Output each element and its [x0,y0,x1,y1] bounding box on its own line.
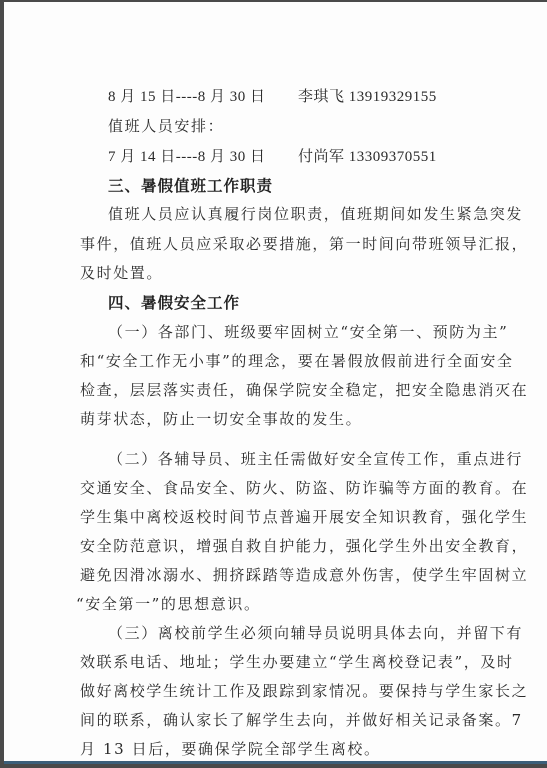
page-bottom-border [4,761,547,764]
para-3-line: 效联系电话、地址；学生办要建立“学生离校登记表”，及时 [80,651,514,672]
section-3-title: 三、暑假值班工作职责 [108,174,273,196]
para-1-line: 萌芽状态，防止一切安全事故的发生。 [80,408,362,429]
para-3-line: （三）离校前学生必须向辅导员说明具体去向，并留下有 [108,622,523,643]
schedule-row-1: 8 月 15 日----8 月 30 日 李琪飞 13919329155 [108,85,437,106]
para-3-line: 做好离校学生统计工作及跟踪到家情况。要保持与学生家长之 [80,680,528,701]
section-3-line: 值班人员应认真履行岗位职责，值班期间如发生紧急突发 [108,203,523,224]
section-3-line: 及时处置。 [80,262,163,283]
para-3-line: 间的联系，确认家长了解学生去向，并做好相关记录备案。7 [80,709,523,730]
schedule-row-2: 7 月 14 日----8 月 30 日 付尚军 13309370551 [108,145,437,166]
staff-name: 李琪飞 [298,89,345,105]
para-3-line: 月 13 日后，要确保学院全部学生离校。 [80,738,381,759]
staff-label: 值班人员安排： [108,115,224,136]
staff-name: 付尚军 [298,149,345,165]
para-1-line: （一）各部门、班级要牢固树立“安全第一、预防为主” [108,321,508,342]
para-1-line: 检查，层层落实责任，确保学院安全稳定，把安全隐患消灭在 [80,379,528,400]
para-2-line: 交通安全、食品安全、防火、防盗、防诈骗等方面的教育。在 [80,477,528,498]
para-2-line: 避免因滑冰溺水、拥挤踩踏等造成意外伤害，使学生牢固树立 [80,564,528,585]
para-1-line: 和“安全工作无小事”的理念，要在暑假放假前进行全面安全 [80,350,514,371]
para-2-line: 安全防范意识，增强自救自护能力，强化学生外出安全教育， [80,535,528,556]
document-page: 8 月 15 日----8 月 30 日 李琪飞 13919329155 值班人… [4,2,547,764]
para-2-line: “安全第一”的思想意识。 [76,593,261,614]
section-4-title: 四、暑假安全工作 [108,291,240,313]
para-2-line: （二）各辅导员、班主任需做好安全宣传工作，重点进行 [108,448,523,469]
schedule-dates: 7 月 14 日----8 月 30 日 [108,149,265,165]
staff-phone: 13309370551 [349,149,437,165]
section-3-line: 事件，值班人员应采取必要措施，第一时间向带班领导汇报， [80,233,528,254]
schedule-dates: 8 月 15 日----8 月 30 日 [108,89,265,105]
staff-phone: 13919329155 [349,89,437,105]
para-2-line: 学生集中离校返校时间节点普遍开展安全知识教育，强化学生 [80,506,528,527]
